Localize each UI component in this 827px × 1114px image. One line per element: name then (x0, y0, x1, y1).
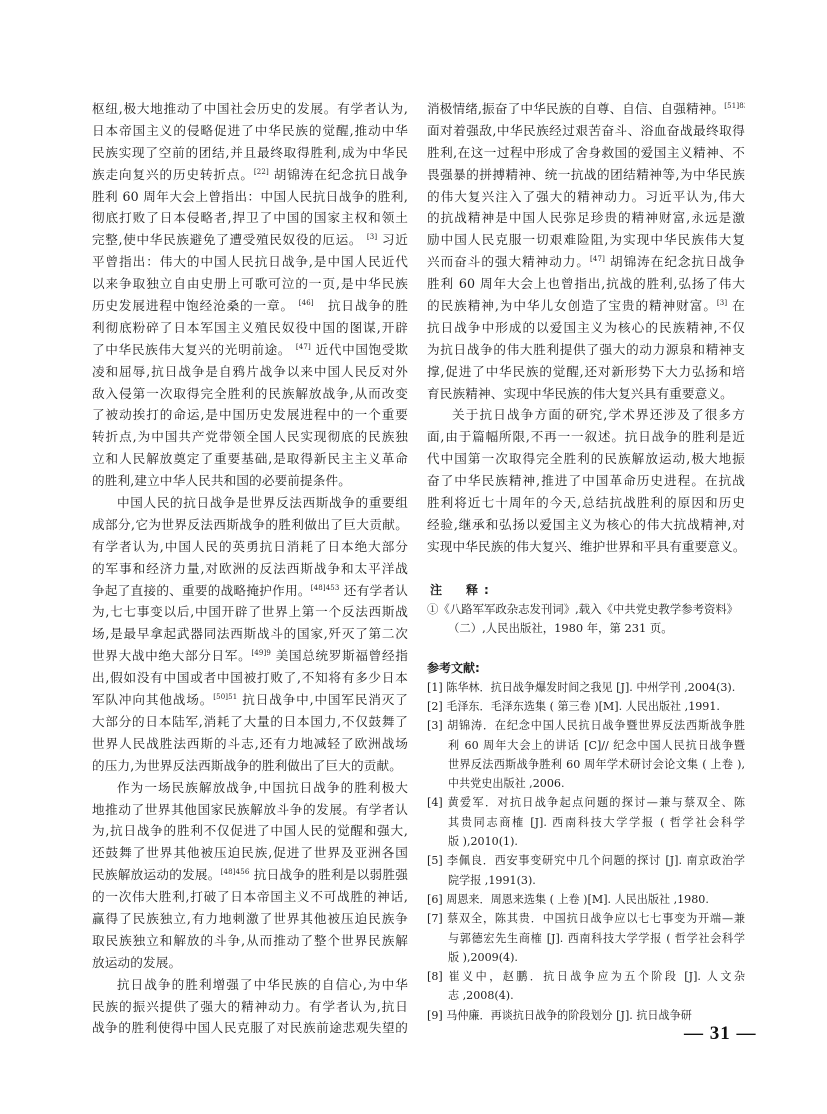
line-text: 地推动了世界其他国家民族解放斗争的发展。有学者认 (92, 802, 408, 817)
text-line: 兴而奋斗的强大精神动力。[47] 胡锦涛在纪念抗日战争 (427, 251, 745, 273)
text-line: 畏强暴的拼搏精神、统一抗战的团结精神等,为中华民族 (427, 164, 745, 186)
text-line: 立和人民解放奠定了重要基础,是取得新民主主义革命 (92, 448, 408, 470)
text-line: 凌和屈辱,抗日战争是自鸦片战争以来中国人民反对外 (92, 361, 408, 383)
references-heading: 参考文献: (427, 658, 745, 678)
line-text: 平曾指出：伟大的中国人民抗日战争,是中国人民近代 (92, 254, 408, 269)
reference-item: [5] 李佩良．西安事变研究中几个问题的探讨 [J]. 南京政治学院学报 ,19… (427, 851, 745, 890)
line-text-after-citation: 美国总统罗斯福曾经指 (271, 648, 408, 663)
reference-line: [5] 李佩良．西安事变研究中几个问题的探讨 [J]. 南京政治学 (427, 851, 745, 870)
reference-line: 版 ),2010(1). (427, 832, 745, 851)
reference-item: [4] 黄爱军．对抗日战争起点问题的探讨—兼与蔡双全、陈其贵同志商榷 [J]. … (427, 793, 745, 851)
text-line: 励中国人民克服一切艰难险阻,为实现中华民族伟大复 (427, 229, 745, 251)
text-line: 成部分,它为世界反法西斯战争的胜利做出了巨大贡献。 (92, 514, 408, 536)
text-line: 赢得了民族独立,有力地刺激了世界其他被压迫民族争 (92, 908, 408, 930)
line-text: 的抗战精神是中国人民弥足珍贵的精神财富,永远是激 (427, 210, 745, 225)
text-line: 为抗日战争的伟大胜利提供了强大的动力源泉和精神支 (427, 339, 745, 361)
text-line: 的伟大复兴注入了强大的精神动力。习近平认为,伟大 (427, 186, 745, 208)
line-text: 历史发展进程中饱经沧桑的一章。 (92, 298, 299, 313)
text-line: 世界大战中绝大部分日军。[49]9 美国总统罗斯福曾经指 (92, 645, 408, 667)
text-line: 出,假如没有中国或者中国被打败了,不知将有多少日本 (92, 667, 408, 689)
line-text: 兴而奋斗的强大精神动力。 (427, 254, 590, 269)
text-line: 经验,继承和弘扬以爱国主义为核心的伟大抗战精神,对 (427, 514, 745, 536)
line-text: 作为一场民族解放战争,中国抗日战争的胜利极大 (117, 780, 408, 795)
line-text-after-citation: 胡锦涛在纪念抗日战争 (605, 254, 745, 269)
text-line: 民族的振兴提供了强大的精神动力。有学者认为,抗日 (92, 996, 408, 1018)
line-text: 代中国第一次取得完全胜利的民族解放运动,极大地振 (427, 451, 745, 466)
text-line: 的民族精神,为中华儿女创造了宝贵的精神财富。[3] 在 (427, 295, 745, 317)
line-text: 的民族精神,为中华儿女创造了宝贵的精神财富。 (427, 298, 717, 313)
reference-line: [7] 蔡双全，陈其贵．中国抗日战争应以七七事变为开端—兼 (427, 909, 745, 928)
text-line: 奋了中华民族精神,推进了中国革命历史进程。在抗战 (427, 470, 745, 492)
reference-line: 中共党史出版社 ,2006. (427, 774, 745, 793)
left-column: 枢纽,极大地推动了中国社会历史的发展。有学者认为,日本帝国主义的侵略促进了中华民… (92, 98, 408, 1039)
notes-list: ①《八路军军政杂志发刊词》,载入《中共党史教学参考资料》（二）,人民出版社，19… (427, 600, 745, 638)
text-line: 战争的胜利使得中国人民克服了对民族前途悲观失望的 (92, 1017, 408, 1039)
line-text: 有学者认为,中国人民的英勇抗日消耗了日本绝大部分 (92, 539, 408, 554)
line-text: 民族的振兴提供了强大的精神动力。有学者认为,抗日 (92, 999, 408, 1014)
text-line: 敌入侵第一次取得完全胜利的民族解放战争,从而改变 (92, 383, 408, 405)
citation-marker: [50]51 (213, 693, 237, 701)
reference-line: 其贵同志商榷 [J]. 西南科技大学学报 ( 哲学社会科学 (427, 813, 745, 832)
text-line: 大部分的日本陆军,消耗了大量的日本国力,不仅鼓舞了 (92, 711, 408, 733)
citation-marker: [51]830 (724, 102, 745, 110)
text-line: 的一次伟大胜利,打破了日本帝国主义不可战胜的神话, (92, 886, 408, 908)
line-text: 的伟大复兴注入了强大的精神动力。习近平认为,伟大 (427, 189, 745, 204)
line-text: 胜利 60 周年大会上也曾指出,抗战的胜利,弘扬了伟大 (427, 276, 745, 291)
line-text: 放运动的发展。 (92, 955, 181, 970)
line-text: 凌和屈辱,抗日战争是自鸦片战争以来中国人民反对外 (92, 364, 408, 379)
line-text-after-citation: 胡锦涛在纪念抗日战争 (269, 167, 408, 182)
reference-item: [7] 蔡双全，陈其贵．中国抗日战争应以七七事变为开端—兼与郭德宏先生商榷 [J… (427, 909, 745, 967)
line-text: 的军事和经济力量,对欧洲的反法西斯战争和太平洋战 (92, 561, 408, 576)
line-text: 转折点,为中国共产党带领全国人民实现彻底的民族独 (92, 429, 408, 444)
line-text: 的压力,为世界反法西斯战争的胜利做出了巨大的贡献。 (92, 758, 402, 773)
citation-marker: [3] (717, 299, 727, 307)
line-text: 消极情绪,振奋了中华民族的自尊、自信、自强精神。 (427, 101, 724, 116)
line-text: 敌入侵第一次取得完全胜利的民族解放战争,从而改变 (92, 386, 408, 401)
line-text: 关于抗日战争方面的研究,学术界还涉及了很多方 (452, 407, 745, 422)
line-text: 了中华民族伟大复兴的光明前途。 (92, 342, 296, 357)
line-text: 面对着强敌,中华民族经过艰苦奋斗、浴血奋战最终取得 (427, 123, 745, 138)
line-text: 枢纽,极大地推动了中国社会历史的发展。有学者认为, (92, 101, 408, 116)
text-line: 地推动了世界其他国家民族解放斗争的发展。有学者认 (92, 799, 408, 821)
text-line: 为,抗日战争的胜利不仅促进了中国人民的觉醒和强大, (92, 820, 408, 842)
line-text: 取民族独立和解放的斗争,从而推动了整个世界民族解 (92, 933, 408, 948)
reference-line: 院学报 ,1991(3). (427, 871, 745, 890)
text-line: 军队冲向其他战场。[50]51 抗日战争中,中国军民消灭了 (92, 689, 408, 711)
line-text: 为,七七事变以后,中国开辟了世界上第一个反法西斯战 (92, 604, 408, 619)
text-line: 平曾指出：伟大的中国人民抗日战争,是中国人民近代 (92, 251, 408, 273)
line-text: 的胜利,建立中华人民共和国的必要前提条件。 (92, 473, 351, 488)
text-line: 育民族精神、实现中华民族的伟大复兴具有重要意义。 (427, 383, 745, 405)
citation-marker: [46] (299, 299, 314, 307)
reference-item: [6] 周恩来．周恩来选集 ( 上卷 )[M]. 人民出版社 ,1980. (427, 890, 745, 909)
line-text-after-citation: 抗日战争中,中国军民消灭了 (237, 692, 408, 707)
line-text: 撑,促进了中华民族的觉醒,还对新形势下大力弘扬和培 (427, 364, 745, 379)
line-text: 族走向复兴的历史转折点。 (92, 167, 254, 182)
right-column-body: 消极情绪,振奋了中华民族的自尊、自信、自强精神。[51]830面对着强敌,中华民… (427, 98, 745, 558)
reference-item: [1] 陈华林．抗日战争爆发时间之我见 [J]. 中州学刊 ,2004(3). (427, 678, 745, 697)
reference-item: [2] 毛泽东．毛泽东选集 ( 第三卷 )[M]. 人民出版社 ,1991. (427, 697, 745, 716)
line-text: 战争的胜利使得中国人民克服了对民族前途悲观失望的 (92, 1020, 408, 1035)
citation-marker: [47] (296, 343, 311, 351)
line-text: 了被动挨打的命运,是中国历史发展进程中的一个重要 (92, 407, 408, 422)
line-text: 胜利将近七十周年的今天,总结抗战胜利的原因和历史 (427, 495, 745, 510)
text-line: 抗日战争中形成的以爱国主义为核心的民族精神,不仅 (427, 317, 745, 339)
reference-line: [8] 崔义中，赵鹏．抗日战争应为五个阶段 [J]. 人文杂 (427, 967, 745, 986)
text-line: 了中华民族伟大复兴的光明前途。 [47] 近代中国饱受欺 (92, 339, 408, 361)
reference-line: 志 ,2008(4). (427, 986, 745, 1005)
line-text: 励中国人民克服一切艰难险阻,为实现中华民族伟大复 (427, 232, 745, 247)
text-line: 日本帝国主义的侵略促进了中华民族的觉醒,推动中华 (92, 120, 408, 142)
line-text: 民族实现了空前的团结,并且最终取得胜利,成为中华民 (92, 145, 408, 160)
line-text: 经验,继承和弘扬以爱国主义为核心的伟大抗战精神,对 (427, 517, 745, 532)
line-text-after-citation: 还有学者认 (340, 583, 408, 598)
text-line: 转折点,为中国共产党带领全国人民实现彻底的民族独 (92, 426, 408, 448)
text-line: 有学者认为,中国人民的英勇抗日消耗了日本绝大部分 (92, 536, 408, 558)
page-number: — 31 — (684, 1023, 757, 1045)
citation-marker: [47] (590, 255, 605, 263)
line-text: 大部分的日本陆军,消耗了大量的日本国力,不仅鼓舞了 (92, 714, 408, 729)
text-line: 代中国第一次取得完全胜利的民族解放运动,极大地振 (427, 448, 745, 470)
line-text: 中国人民的抗日战争是世界反法西斯战争的重要组 (117, 495, 408, 510)
reference-item: [8] 崔义中，赵鹏．抗日战争应为五个阶段 [J]. 人文杂志 ,2008(4)… (427, 967, 745, 1006)
line-text: 畏强暴的拼搏精神、统一抗战的团结精神等,为中华民族 (427, 167, 745, 182)
document-page: 枢纽,极大地推动了中国社会历史的发展。有学者认为,日本帝国主义的侵略促进了中华民… (0, 0, 827, 1114)
line-text: 胜利 60 周年大会上曾指出：中国人民抗日战争的胜利, (92, 189, 408, 204)
citation-marker: [48]453 (311, 584, 340, 592)
line-text: 出,假如没有中国或者中国被打败了,不知将有多少日本 (92, 670, 408, 685)
line-text-after-citation: 在 (727, 298, 745, 313)
line-text: 实现中华民族的伟大复兴、维护世界和平具有重要意义。 (427, 539, 745, 554)
line-text: 胜利,在这一过程中形成了舍身救国的爱国主义精神、不 (427, 145, 745, 160)
references-list: [1] 陈华林．抗日战争爆发时间之我见 [J]. 中州学刊 ,2004(3).[… (427, 678, 745, 1025)
line-text: 还鼓舞了世界其他被压迫民族,促进了世界及亚洲各国 (92, 845, 408, 860)
note-item: ①《八路军军政杂志发刊词》,载入《中共党史教学参考资料》（二）,人民出版社，19… (427, 600, 745, 638)
text-line: 彻底打败了日本侵略者,捍卫了中国的国家主权和领土 (92, 207, 408, 229)
reference-line: [6] 周恩来．周恩来选集 ( 上卷 )[M]. 人民出版社 ,1980. (427, 890, 745, 909)
line-text: 军队冲向其他战场。 (92, 692, 213, 707)
text-line: 利彻底粉碎了日本军国主义殖民奴役中国的图谋,开辟 (92, 317, 408, 339)
text-line: 中国人民的抗日战争是世界反法西斯战争的重要组 (92, 492, 408, 514)
line-text: 抗日战争的胜利增强了中华民族的自信心,为中华 (117, 977, 408, 992)
line-text: 为抗日战争的伟大胜利提供了强大的动力源泉和精神支 (427, 342, 745, 357)
reference-line: 版 ),2009(4). (427, 948, 745, 967)
note-line: ①《八路军军政杂志发刊词》,载入《中共党史教学参考资料》 (427, 600, 745, 619)
line-text: 场,是最早拿起武器同法西斯战斗的国家,歼灭了第二次 (92, 626, 408, 641)
citation-marker: [3] (367, 233, 377, 241)
reference-line: 世界反法西斯战争胜利 60 周年学术研讨会论文集 ( 上卷 ), (427, 755, 745, 774)
reference-line: 利 60 周年大会上的讲话 [C]// 纪念中国人民抗日战争暨 (427, 736, 745, 755)
text-line: 为,七七事变以后,中国开辟了世界上第一个反法西斯战 (92, 601, 408, 623)
text-line: 关于抗日战争方面的研究,学术界还涉及了很多方 (427, 404, 745, 426)
line-text: 世界大战中绝大部分日军。 (92, 648, 251, 663)
text-line: 完整,使中华民族避免了遭受殖民奴役的厄运。 [3] 习近 (92, 229, 408, 251)
note-line: （二）,人民出版社，1980 年，第 231 页。 (427, 619, 745, 638)
line-text-after-citation: 抗日战争的胜利是以弱胜强 (249, 867, 408, 882)
line-text: 抗日战争中形成的以爱国主义为核心的民族精神,不仅 (427, 320, 745, 335)
citation-marker: [49]9 (251, 649, 271, 657)
text-line: 还鼓舞了世界其他被压迫民族,促进了世界及亚洲各国 (92, 842, 408, 864)
line-text-after-citation: 抗日战争的胜 (314, 298, 408, 313)
line-text: 的一次伟大胜利,打破了日本帝国主义不可战胜的神话, (92, 889, 408, 904)
text-line: 的军事和经济力量,对欧洲的反法西斯战争和太平洋战 (92, 558, 408, 580)
text-line: 面,由于篇幅所限,不再一一叙述。抗日战争的胜利是近 (427, 426, 745, 448)
reference-line: [3] 胡锦涛．在纪念中国人民抗日战争暨世界反法西斯战争胜 (427, 716, 745, 735)
line-text: 争起了直接的、重要的战略掩护作用。 (92, 583, 311, 598)
text-line: 民族解放运动的发展。[48]456 抗日战争的胜利是以弱胜强 (92, 864, 408, 886)
line-text: 成部分,它为世界反法西斯战争的胜利做出了巨大贡献。 (92, 517, 408, 532)
line-text: 利彻底粉碎了日本军国主义殖民奴役中国的图谋,开辟 (92, 320, 408, 335)
line-text: 民族解放运动的发展。 (92, 867, 221, 882)
line-text: 奋了中华民族精神,推进了中国革命历史进程。在抗战 (427, 473, 745, 488)
line-text: 赢得了民族独立,有力地刺激了世界其他被压迫民族争 (92, 911, 408, 926)
text-line: 了被动挨打的命运,是中国历史发展进程中的一个重要 (92, 404, 408, 426)
line-text: 面,由于篇幅所限,不再一一叙述。抗日战争的胜利是近 (427, 429, 745, 444)
text-line: 场,是最早拿起武器同法西斯战斗的国家,歼灭了第二次 (92, 623, 408, 645)
text-line: 胜利,在这一过程中形成了舍身救国的爱国主义精神、不 (427, 142, 745, 164)
line-text: 为,抗日战争的胜利不仅促进了中国人民的觉醒和强大, (92, 823, 408, 838)
text-line: 族走向复兴的历史转折点。[22] 胡锦涛在纪念抗日战争 (92, 164, 408, 186)
reference-line: [1] 陈华林．抗日战争爆发时间之我见 [J]. 中州学刊 ,2004(3). (427, 678, 745, 697)
text-line: 消极情绪,振奋了中华民族的自尊、自信、自强精神。[51]830 (427, 98, 745, 120)
line-text-after-citation: 近代中国饱受欺 (311, 342, 408, 357)
right-column: 消极情绪,振奋了中华民族的自尊、自信、自强精神。[51]830面对着强敌,中华民… (427, 98, 745, 1025)
reference-item: [3] 胡锦涛．在纪念中国人民抗日战争暨世界反法西斯战争胜利 60 周年大会上的… (427, 716, 745, 793)
text-line: 争起了直接的、重要的战略掩护作用。[48]453 还有学者认 (92, 580, 408, 602)
citation-marker: [22] (254, 168, 269, 176)
text-line: 的胜利,建立中华人民共和国的必要前提条件。 (92, 470, 408, 492)
reference-line: [2] 毛泽东．毛泽东选集 ( 第三卷 )[M]. 人民出版社 ,1991. (427, 697, 745, 716)
text-line: 历史发展进程中饱经沧桑的一章。 [46] 抗日战争的胜 (92, 295, 408, 317)
line-text: 育民族精神、实现中华民族的伟大复兴具有重要意义。 (427, 386, 733, 401)
text-line: 胜利 60 周年大会上曾指出：中国人民抗日战争的胜利, (92, 186, 408, 208)
text-line: 以来争取独立自由史册上可歌可泣的一页,是中华民族 (92, 273, 408, 295)
line-text-after-citation: 习近 (377, 232, 408, 247)
text-line: 作为一场民族解放战争,中国抗日战争的胜利极大 (92, 777, 408, 799)
text-line: 放运动的发展。 (92, 952, 408, 974)
text-line: 抗日战争的胜利增强了中华民族的自信心,为中华 (92, 974, 408, 996)
line-text: 世界人民战胜法西斯的斗志,还有力地减轻了欧洲战场 (92, 736, 408, 751)
line-text: 立和人民解放奠定了重要基础,是取得新民主主义革命 (92, 451, 408, 466)
text-line: 实现中华民族的伟大复兴、维护世界和平具有重要意义。 (427, 536, 745, 558)
text-line: 世界人民战胜法西斯的斗志,还有力地减轻了欧洲战场 (92, 733, 408, 755)
text-line: 的抗战精神是中国人民弥足珍贵的精神财富,永远是激 (427, 207, 745, 229)
line-text: 以来争取独立自由史册上可歌可泣的一页,是中华民族 (92, 276, 408, 291)
text-line: 取民族独立和解放的斗争,从而推动了整个世界民族解 (92, 930, 408, 952)
text-line: 胜利 60 周年大会上也曾指出,抗战的胜利,弘扬了伟大 (427, 273, 745, 295)
reference-line: [4] 黄爱军．对抗日战争起点问题的探讨—兼与蔡双全、陈 (427, 793, 745, 812)
text-line: 枢纽,极大地推动了中国社会历史的发展。有学者认为, (92, 98, 408, 120)
line-text: 日本帝国主义的侵略促进了中华民族的觉醒,推动中华 (92, 123, 408, 138)
citation-marker: [48]456 (221, 868, 250, 876)
text-line: 撑,促进了中华民族的觉醒,还对新形势下大力弘扬和培 (427, 361, 745, 383)
text-line: 的压力,为世界反法西斯战争的胜利做出了巨大的贡献。 (92, 755, 408, 777)
notes-heading: 注 释: (427, 580, 745, 600)
text-line: 胜利将近七十周年的今天,总结抗战胜利的原因和历史 (427, 492, 745, 514)
text-line: 面对着强敌,中华民族经过艰苦奋斗、浴血奋战最终取得 (427, 120, 745, 142)
line-text: 完整,使中华民族避免了遭受殖民奴役的厄运。 (92, 232, 367, 247)
text-line: 民族实现了空前的团结,并且最终取得胜利,成为中华民 (92, 142, 408, 164)
reference-line: 与郭德宏先生商榷 [J]. 西南科技大学学报 ( 哲学社会科学 (427, 929, 745, 948)
line-text: 彻底打败了日本侵略者,捍卫了中国的国家主权和领土 (92, 210, 408, 225)
